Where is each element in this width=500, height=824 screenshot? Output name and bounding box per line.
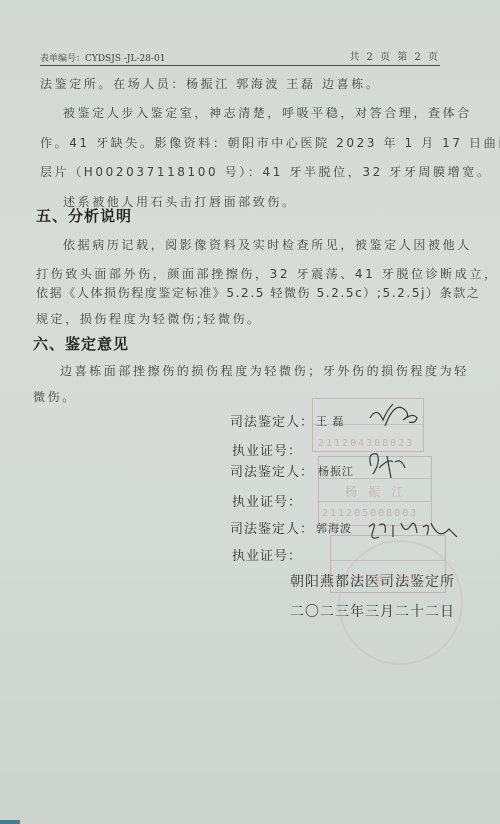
- examiner-name: 郭海波: [316, 520, 352, 536]
- examiner-label: 司法鉴定人：: [230, 461, 314, 480]
- analysis-line: 打伤致头面部外伤，颜面部挫擦伤，32 牙震荡、41 牙脱位诊断成立，: [36, 265, 499, 282]
- handwritten-signature: [365, 448, 415, 483]
- examiner-label: 司法鉴定人：: [230, 411, 314, 430]
- organization-name: 朝阳燕都法医司法鉴定所: [290, 571, 455, 591]
- examiner-name: 杨振江: [318, 463, 354, 479]
- license-label: 执业证号：: [232, 491, 302, 510]
- stamp-name: 杨 振 江: [345, 483, 405, 500]
- page-edge-artifact: [0, 820, 20, 824]
- analysis-line: 规定，损伤程度为轻微伤;轻微伤。: [36, 310, 262, 327]
- license-label: 执业证号：: [232, 545, 302, 564]
- examiner-name: 王 磊: [316, 413, 345, 429]
- form-number: 表单编号：CYDSJS -JL-28-01: [40, 51, 165, 64]
- license-label: 执业证号：: [232, 440, 302, 459]
- exam-line: 作。41 牙缺失。影像资料：朝阳市中心医院 2023 年 1 月 17 日曲面断: [40, 134, 500, 151]
- analysis-line: 依据《人体损伤程度鉴定标准》5.2.5 轻微伤 5.2.5c）;5.2.5j）条…: [36, 284, 480, 301]
- intro-line: 法鉴定所。在场人员：杨振江 郭海波 王磊 边喜栋。: [40, 75, 380, 92]
- handwritten-signature: [365, 398, 425, 433]
- section-heading-analysis: 五、分析说明: [36, 205, 132, 226]
- document-header: 表单编号：CYDSJS -JL-28-01 共 2 页 第 2 页: [40, 50, 440, 66]
- opinion-line: 边喜栋面部挫擦伤的损伤程度为轻微伤；牙外伤的损伤程度为轻: [60, 362, 469, 379]
- opinion-line: 微伤。: [33, 388, 77, 405]
- document-page: 表单编号：CYDSJS -JL-28-01 共 2 页 第 2 页 法鉴定所。在…: [0, 0, 500, 824]
- exam-line: 被鉴定人步入鉴定室，神志清楚，呼吸平稳，对答合理，查体合: [63, 104, 472, 121]
- examiner-label: 司法鉴定人：: [230, 518, 314, 537]
- report-date: 二〇二三年三月二十二日: [290, 601, 455, 621]
- page-indicator: 共 2 页 第 2 页: [349, 48, 440, 63]
- section-heading-opinion: 六、鉴定意见: [33, 333, 129, 354]
- exam-line: 层片（H002037118100 号）：41 牙半脱位，32 牙牙周膜增宽。: [40, 163, 491, 180]
- analysis-line: 依据病历记载，阅影像资料及实时检查所见，被鉴定人因被他人: [63, 236, 472, 253]
